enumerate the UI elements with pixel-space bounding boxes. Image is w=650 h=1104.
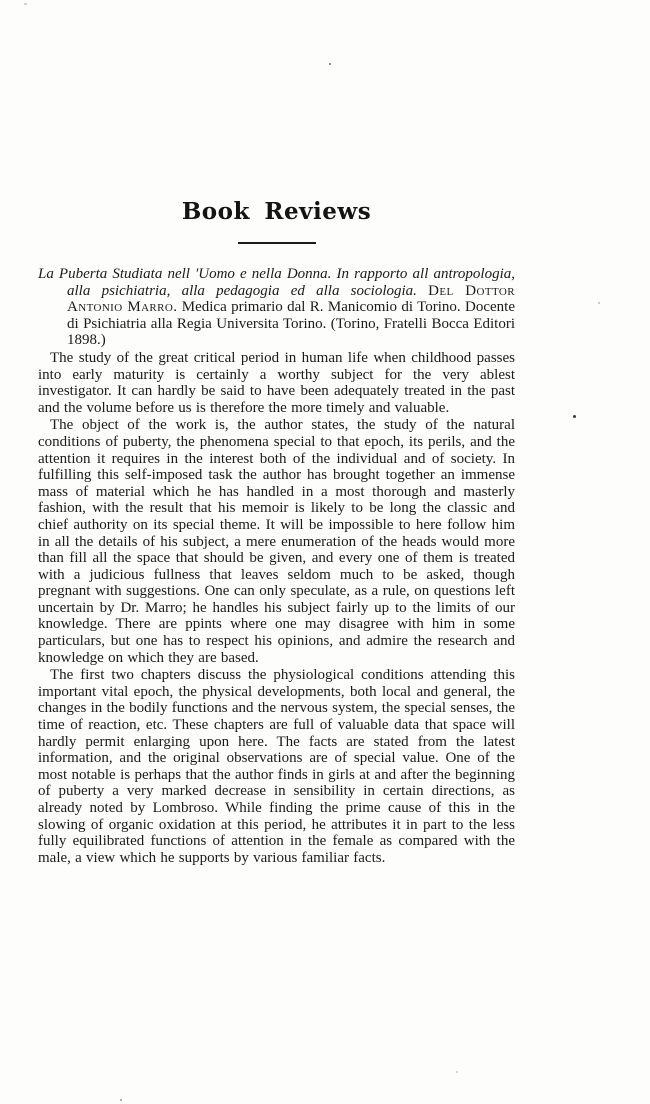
book-citation: La Puberta Studiata nell 'Uomo e nella D… bbox=[38, 266, 515, 349]
scan-speck bbox=[456, 1071, 458, 1073]
review-paragraph-3: The first two chapters discuss the physi… bbox=[38, 667, 515, 866]
scan-speck bbox=[573, 415, 576, 418]
review-paragraph-1: The study of the great critical period i… bbox=[38, 350, 515, 416]
page-title: Book Reviews bbox=[38, 199, 515, 225]
review-paragraph-2: The object of the work is, the author st… bbox=[38, 417, 515, 666]
scan-speck bbox=[24, 3, 27, 5]
scan-speck bbox=[329, 63, 331, 65]
scan-speck bbox=[120, 1099, 122, 1101]
scanned-page: Book Reviews La Puberta Studiata nell 'U… bbox=[0, 0, 650, 1104]
title-rule bbox=[238, 242, 316, 244]
scan-speck bbox=[598, 302, 600, 304]
text-column: Book Reviews La Puberta Studiata nell 'U… bbox=[38, 199, 515, 866]
